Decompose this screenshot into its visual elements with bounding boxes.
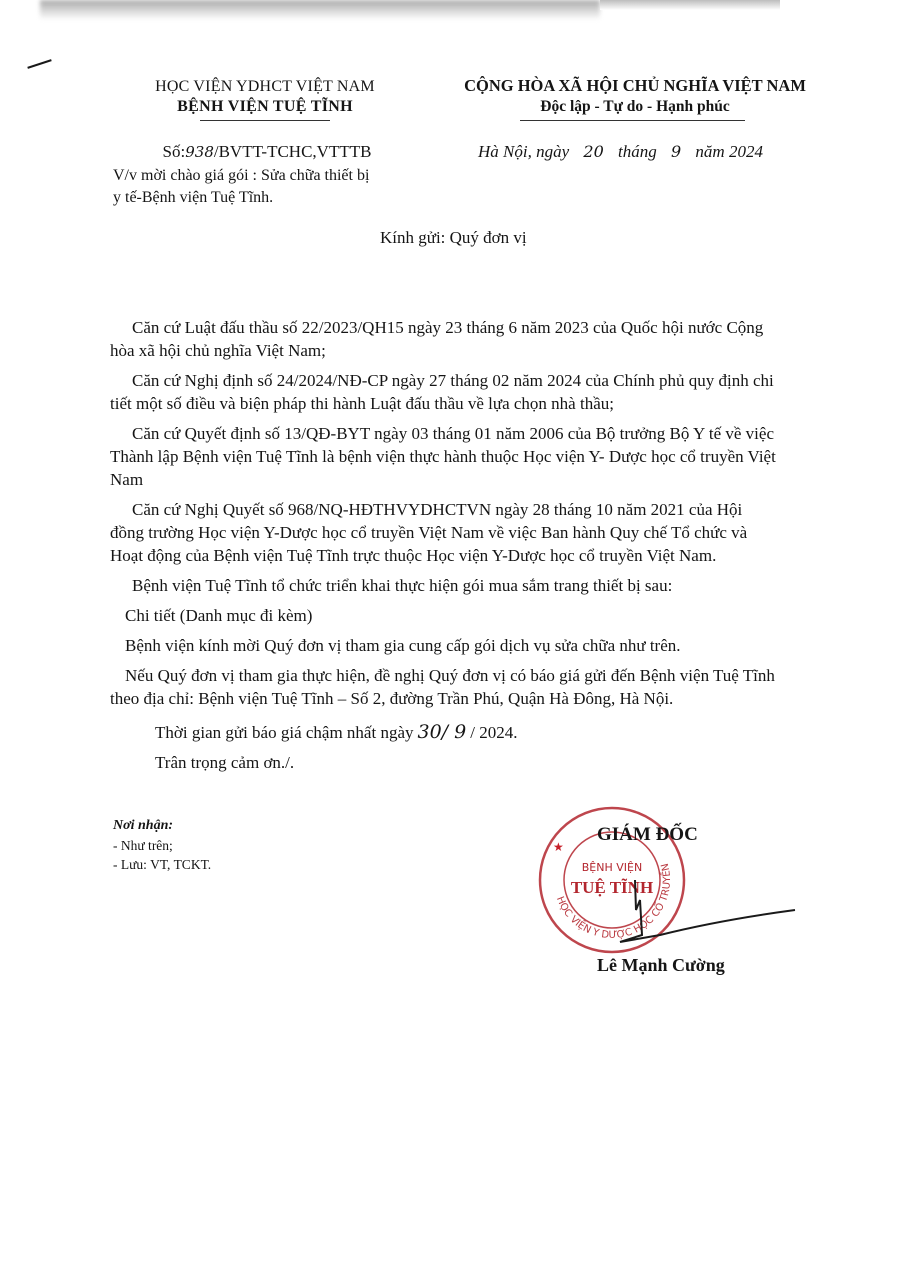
deadline-line: Thời gian gửi báo giá chậm nhất ngày30/ … xyxy=(110,721,780,744)
letter-body: Căn cứ Luật đấu thầu số 22/2023/QH15 ngà… xyxy=(110,316,780,781)
body-paragraph: Căn cứ Quyết định số 13/QĐ-BYT ngày 03 t… xyxy=(110,422,780,491)
recipient-item: - Lưu: VT, TCKT. xyxy=(113,857,211,873)
body-paragraph: Bệnh viện kính mời Quý đơn vị tham gia c… xyxy=(110,634,780,657)
scan-shadow xyxy=(600,0,780,10)
recipient-line: Kính gửi: Quý đơn vị xyxy=(380,228,527,248)
motto-underline xyxy=(520,120,745,121)
subject: V/v mời chào giá gói : Sửa chữa thiết bị… xyxy=(113,165,413,209)
header-underline xyxy=(200,120,330,121)
scan-shadow xyxy=(40,0,600,20)
body-paragraph: Căn cứ Nghị định số 24/2024/NĐ-CP ngày 2… xyxy=(110,369,780,415)
date-place: Hà Nội, ngày xyxy=(478,142,569,161)
pen-mark xyxy=(27,59,51,69)
body-paragraph: Bệnh viện Tuệ Tĩnh tổ chức triển khai th… xyxy=(110,574,780,597)
deadline-prefix: Thời gian gửi báo giá chậm nhất ngày xyxy=(155,723,414,742)
date-month-handwritten: 9 xyxy=(671,142,681,161)
signer-title: GIÁM ĐỐC xyxy=(597,824,698,846)
doc-number-prefix: Số: xyxy=(163,142,186,161)
body-paragraph: Căn cứ Nghị Quyết số 968/NQ-HĐTHVYDHCTVN… xyxy=(110,498,780,567)
doc-number-handwritten: 938 xyxy=(185,143,214,161)
doc-number-suffix: /BVTT-TCHC,VTTTB xyxy=(214,142,372,161)
organization-name: BỆNH VIỆN TUỆ TĨNH xyxy=(135,98,395,116)
body-paragraph: Nếu Quý đơn vị tham gia thực hiện, đề ng… xyxy=(110,664,780,710)
deadline-suffix: / 2024. xyxy=(470,723,517,742)
subject-line: V/v mời chào giá gói : Sửa chữa thiết bị xyxy=(113,165,413,187)
body-paragraph: Căn cứ Luật đấu thầu số 22/2023/QH15 ngà… xyxy=(110,316,780,362)
stamp-center-line1: BỆNH VIỆN xyxy=(582,861,642,874)
national-motto: Độc lập - Tự do - Hạnh phúc xyxy=(435,98,835,116)
date-year: năm 2024 xyxy=(695,142,763,161)
parent-organization: HỌC VIỆN YDHCT VIỆT NAM xyxy=(135,78,395,96)
star-icon: ★ xyxy=(553,840,564,854)
subject-line: y tế-Bệnh viện Tuệ Tĩnh. xyxy=(113,187,413,209)
signer-name: Lê Mạnh Cường xyxy=(597,955,725,976)
national-title: CỘNG HÒA XÃ HỘI CHỦ NGHĨA VIỆT NAM xyxy=(435,76,835,96)
closing-line: Trân trọng cảm ơn./. xyxy=(110,751,780,774)
date-line: Hà Nội, ngày 20 tháng 9 năm 2024 xyxy=(478,142,763,162)
recipients-label: Nơi nhận: xyxy=(113,818,173,834)
date-day-handwritten: 20 xyxy=(583,142,603,161)
document-number: Số:938/BVTT-TCHC,VTTTB xyxy=(117,142,417,162)
handwritten-signature xyxy=(600,880,800,950)
body-paragraph: Chi tiết (Danh mục đi kèm) xyxy=(110,604,780,627)
recipient-item: - Như trên; xyxy=(113,838,173,854)
date-month-label: tháng xyxy=(618,142,657,161)
deadline-handwritten: 30/ 9 xyxy=(418,721,467,743)
